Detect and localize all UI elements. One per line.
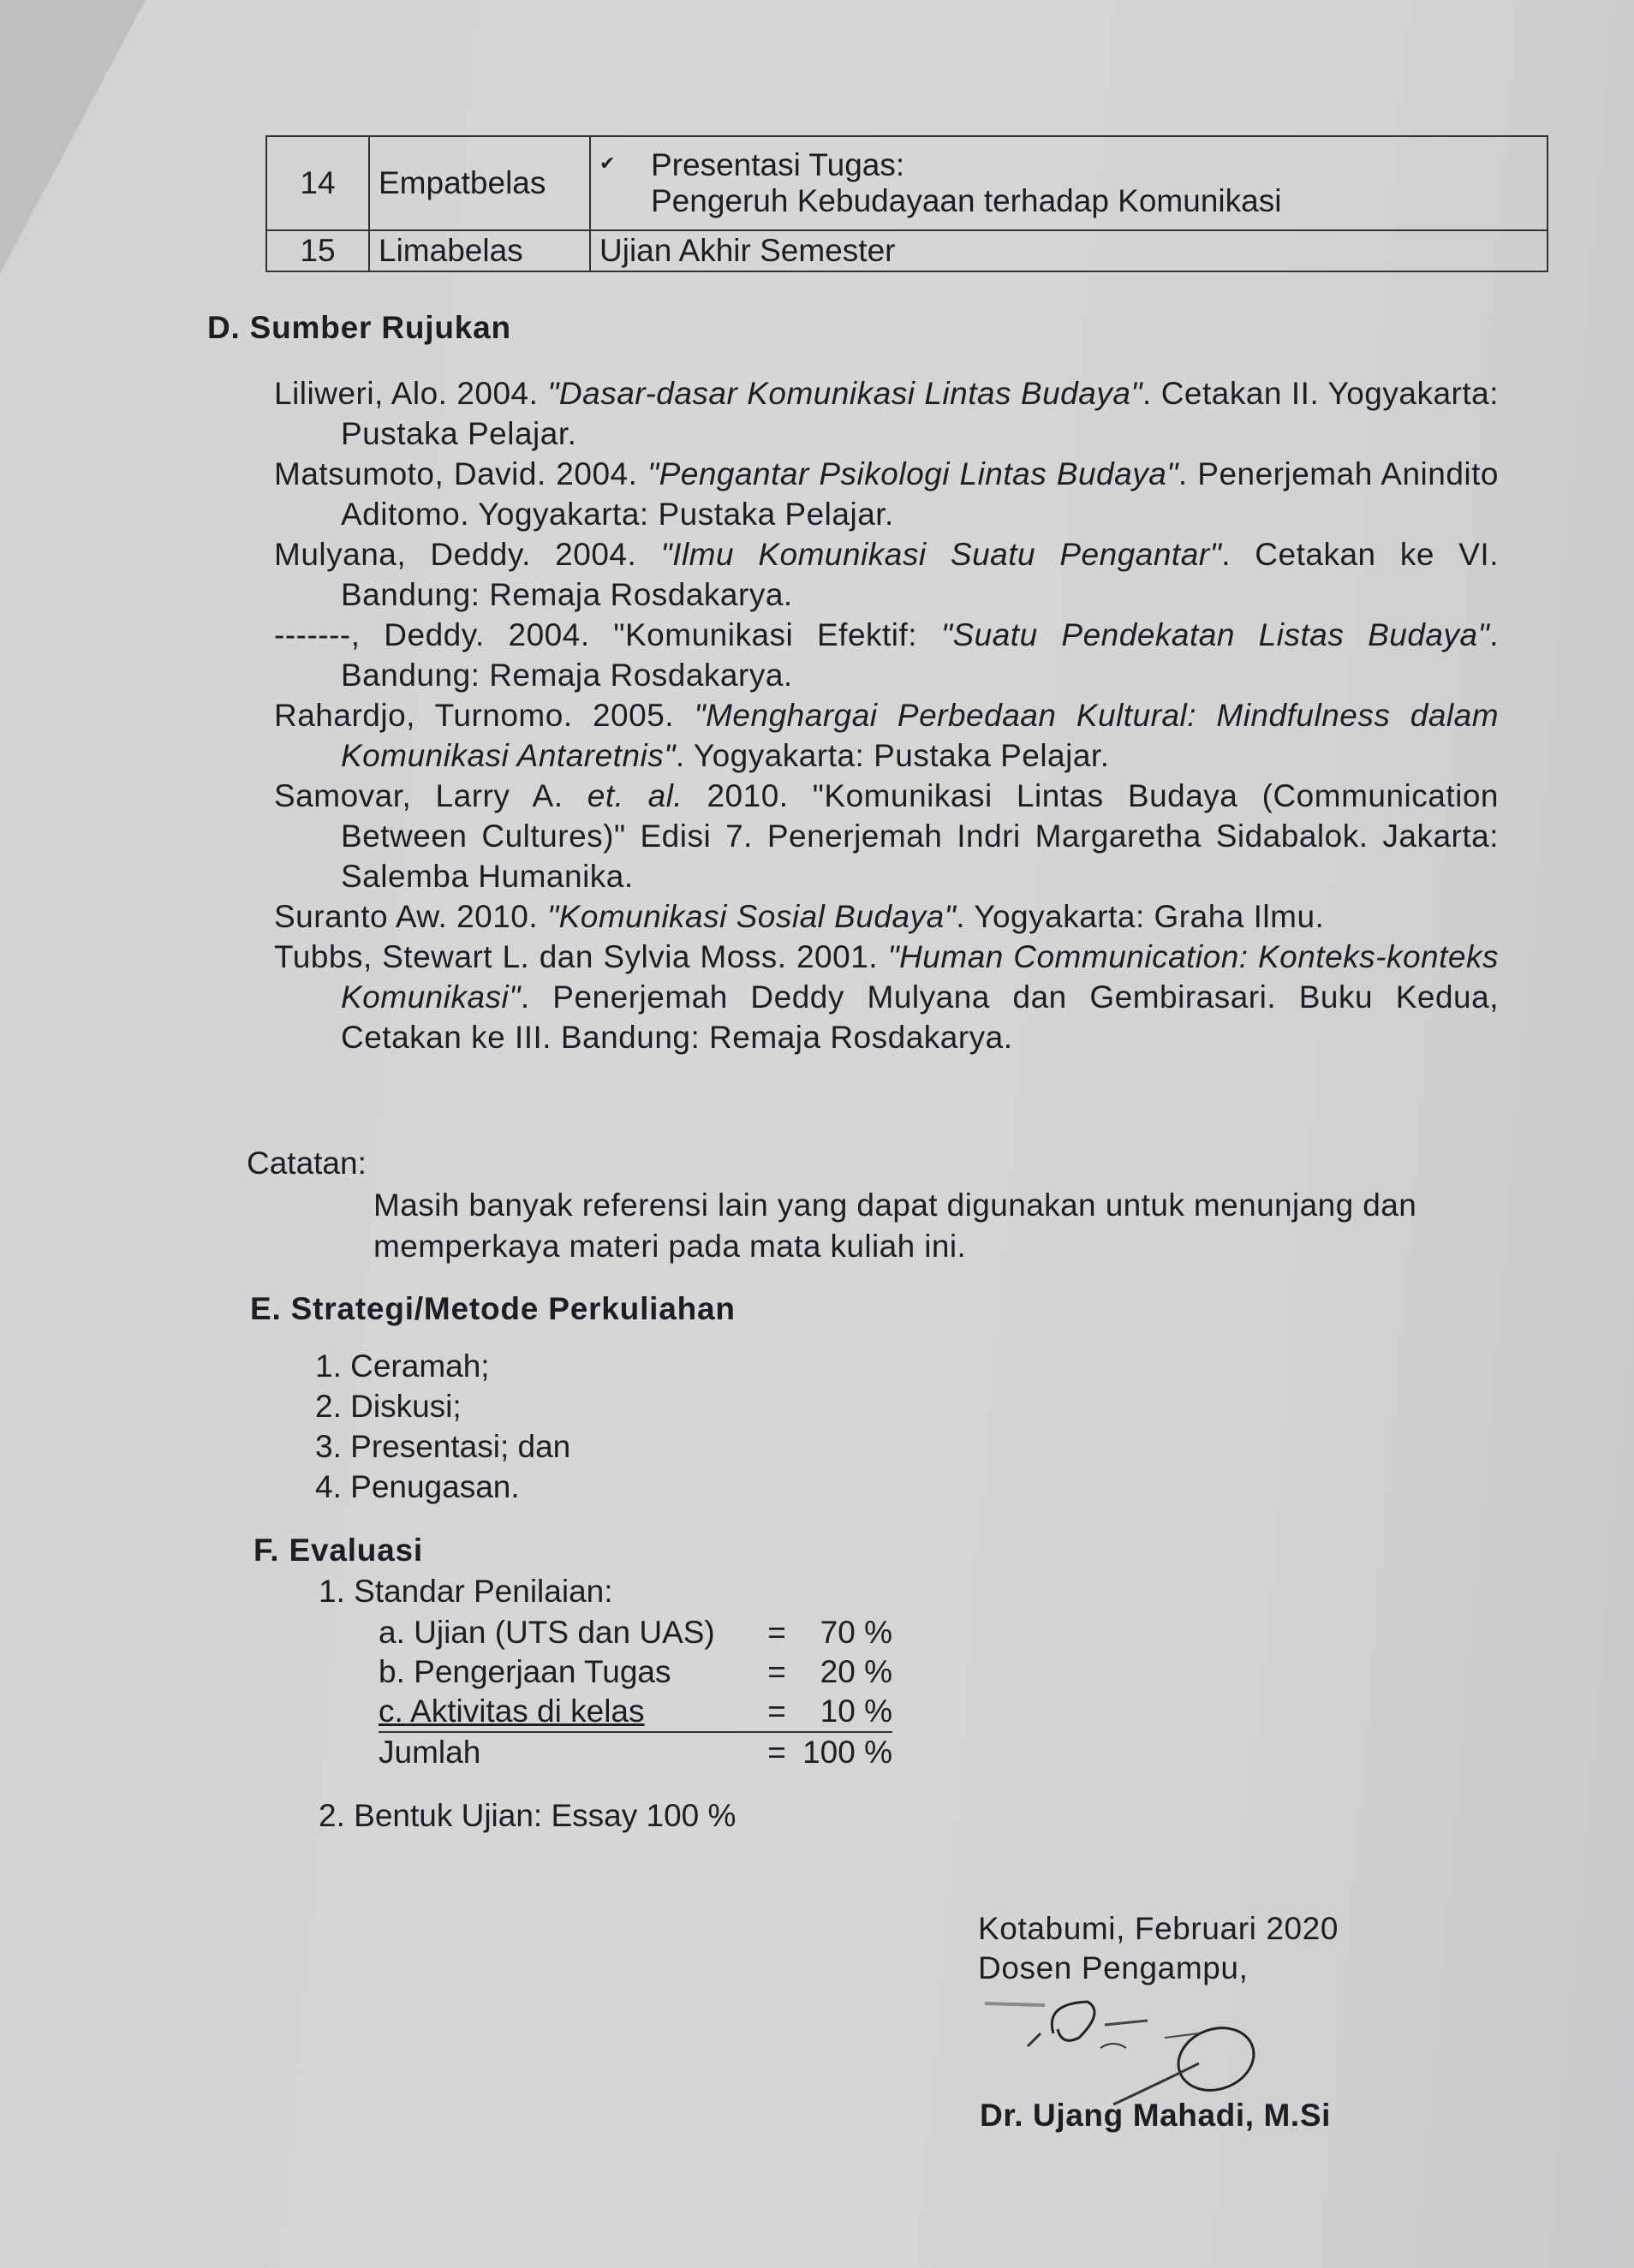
reference-item: Rahardjo, Turnomo. 2005. "Menghargai Per… [274, 695, 1499, 776]
reference-item: Matsumoto, David. 2004. "Pengantar Psiko… [274, 454, 1499, 534]
exam-form-label: 2. Bentuk Ujian: Essay 100 % [319, 1798, 736, 1834]
meeting-word: Empatbelas [369, 136, 590, 230]
reference-title: "Dasar-dasar Komunikasi Lintas Budaya" [547, 376, 1142, 411]
grading-row: b. Pengerjaan Tugas = 20 % [379, 1652, 892, 1692]
reference-item: Mulyana, Deddy. 2004. "Ilmu Komunikasi S… [274, 534, 1499, 615]
table-row: 14 Empatbelas ✔ Presentasi Tugas: Penger… [266, 136, 1548, 230]
grading-standard-label: 1. Standar Penilaian: [319, 1574, 613, 1610]
method-item: 4. Penugasan. [315, 1467, 570, 1507]
method-item: 2. Diskusi; [315, 1386, 570, 1426]
check-bullet-icon: ✔ [599, 147, 651, 175]
section-d-heading: D. Sumber Rujukan [207, 310, 511, 346]
meeting-number: 15 [266, 230, 369, 271]
reference-item: -------, Deddy. 2004. "Komunikasi Efekti… [274, 615, 1499, 695]
signer-role: Dosen Pengampu, [978, 1949, 1339, 1988]
topic-line: Presentasi Tugas: [651, 147, 1281, 183]
meeting-word: Limabelas [369, 230, 590, 271]
note-body: Masih banyak referensi lain yang dapat d… [373, 1185, 1487, 1267]
topic-line: Pengeruh Kebudayaan terhadap Komunikasi [651, 183, 1281, 219]
reference-list: Liliweri, Alo. 2004. "Dasar-dasar Komuni… [274, 373, 1499, 1057]
signature-header: Kotabumi, Februari 2020 Dosen Pengampu, [978, 1909, 1339, 1988]
reference-title: "Pengantar Psikologi Lintas Budaya" [647, 456, 1178, 491]
grading-row: a. Ujian (UTS dan UAS) = 70 % [379, 1613, 892, 1652]
reference-title: "Ilmu Komunikasi Suatu Pengantar" [661, 537, 1222, 572]
handwritten-signature-icon [976, 1986, 1302, 2106]
reference-item: Samovar, Larry A. et. al. 2010. "Komunik… [274, 776, 1499, 896]
reference-title: "Komunikasi Sosial Budaya" [547, 899, 956, 934]
section-e-heading: E. Strategi/Metode Perkuliahan [250, 1291, 736, 1327]
reference-title: "Suatu Pendekatan Listas Budaya" [941, 617, 1489, 652]
reference-item: Liliweri, Alo. 2004. "Dasar-dasar Komuni… [274, 373, 1499, 454]
document-page: 14 Empatbelas ✔ Presentasi Tugas: Penger… [0, 0, 1634, 2268]
grading-table: a. Ujian (UTS dan UAS) = 70 % b. Pengerj… [379, 1613, 892, 1772]
section-f-heading: F. Evaluasi [253, 1533, 423, 1569]
meeting-number: 14 [266, 136, 369, 230]
meeting-topic: Ujian Akhir Semester [590, 230, 1548, 271]
grading-row: c. Aktivitas di kelas = 10 % [379, 1692, 892, 1733]
reference-title: et. al. [587, 778, 683, 813]
signer-name: Dr. Ujang Mahadi, M.Si [980, 2098, 1331, 2134]
reference-item: Suranto Aw. 2010. "Komunikasi Sosial Bud… [274, 896, 1499, 937]
meeting-topic: ✔ Presentasi Tugas: Pengeruh Kebudayaan … [590, 136, 1548, 230]
note-label: Catatan: [247, 1146, 367, 1182]
method-item: 3. Presentasi; dan [315, 1426, 570, 1467]
reference-item: Tubbs, Stewart L. dan Sylvia Moss. 2001.… [274, 937, 1499, 1057]
place-date: Kotabumi, Februari 2020 [978, 1909, 1339, 1949]
method-list: 1. Ceramah; 2. Diskusi; 3. Presentasi; d… [315, 1346, 570, 1507]
table-row: 15 Limabelas Ujian Akhir Semester [266, 230, 1548, 271]
schedule-table: 14 Empatbelas ✔ Presentasi Tugas: Penger… [265, 135, 1548, 272]
grading-total-row: Jumlah = 100 % [379, 1733, 892, 1772]
method-item: 1. Ceramah; [315, 1346, 570, 1386]
